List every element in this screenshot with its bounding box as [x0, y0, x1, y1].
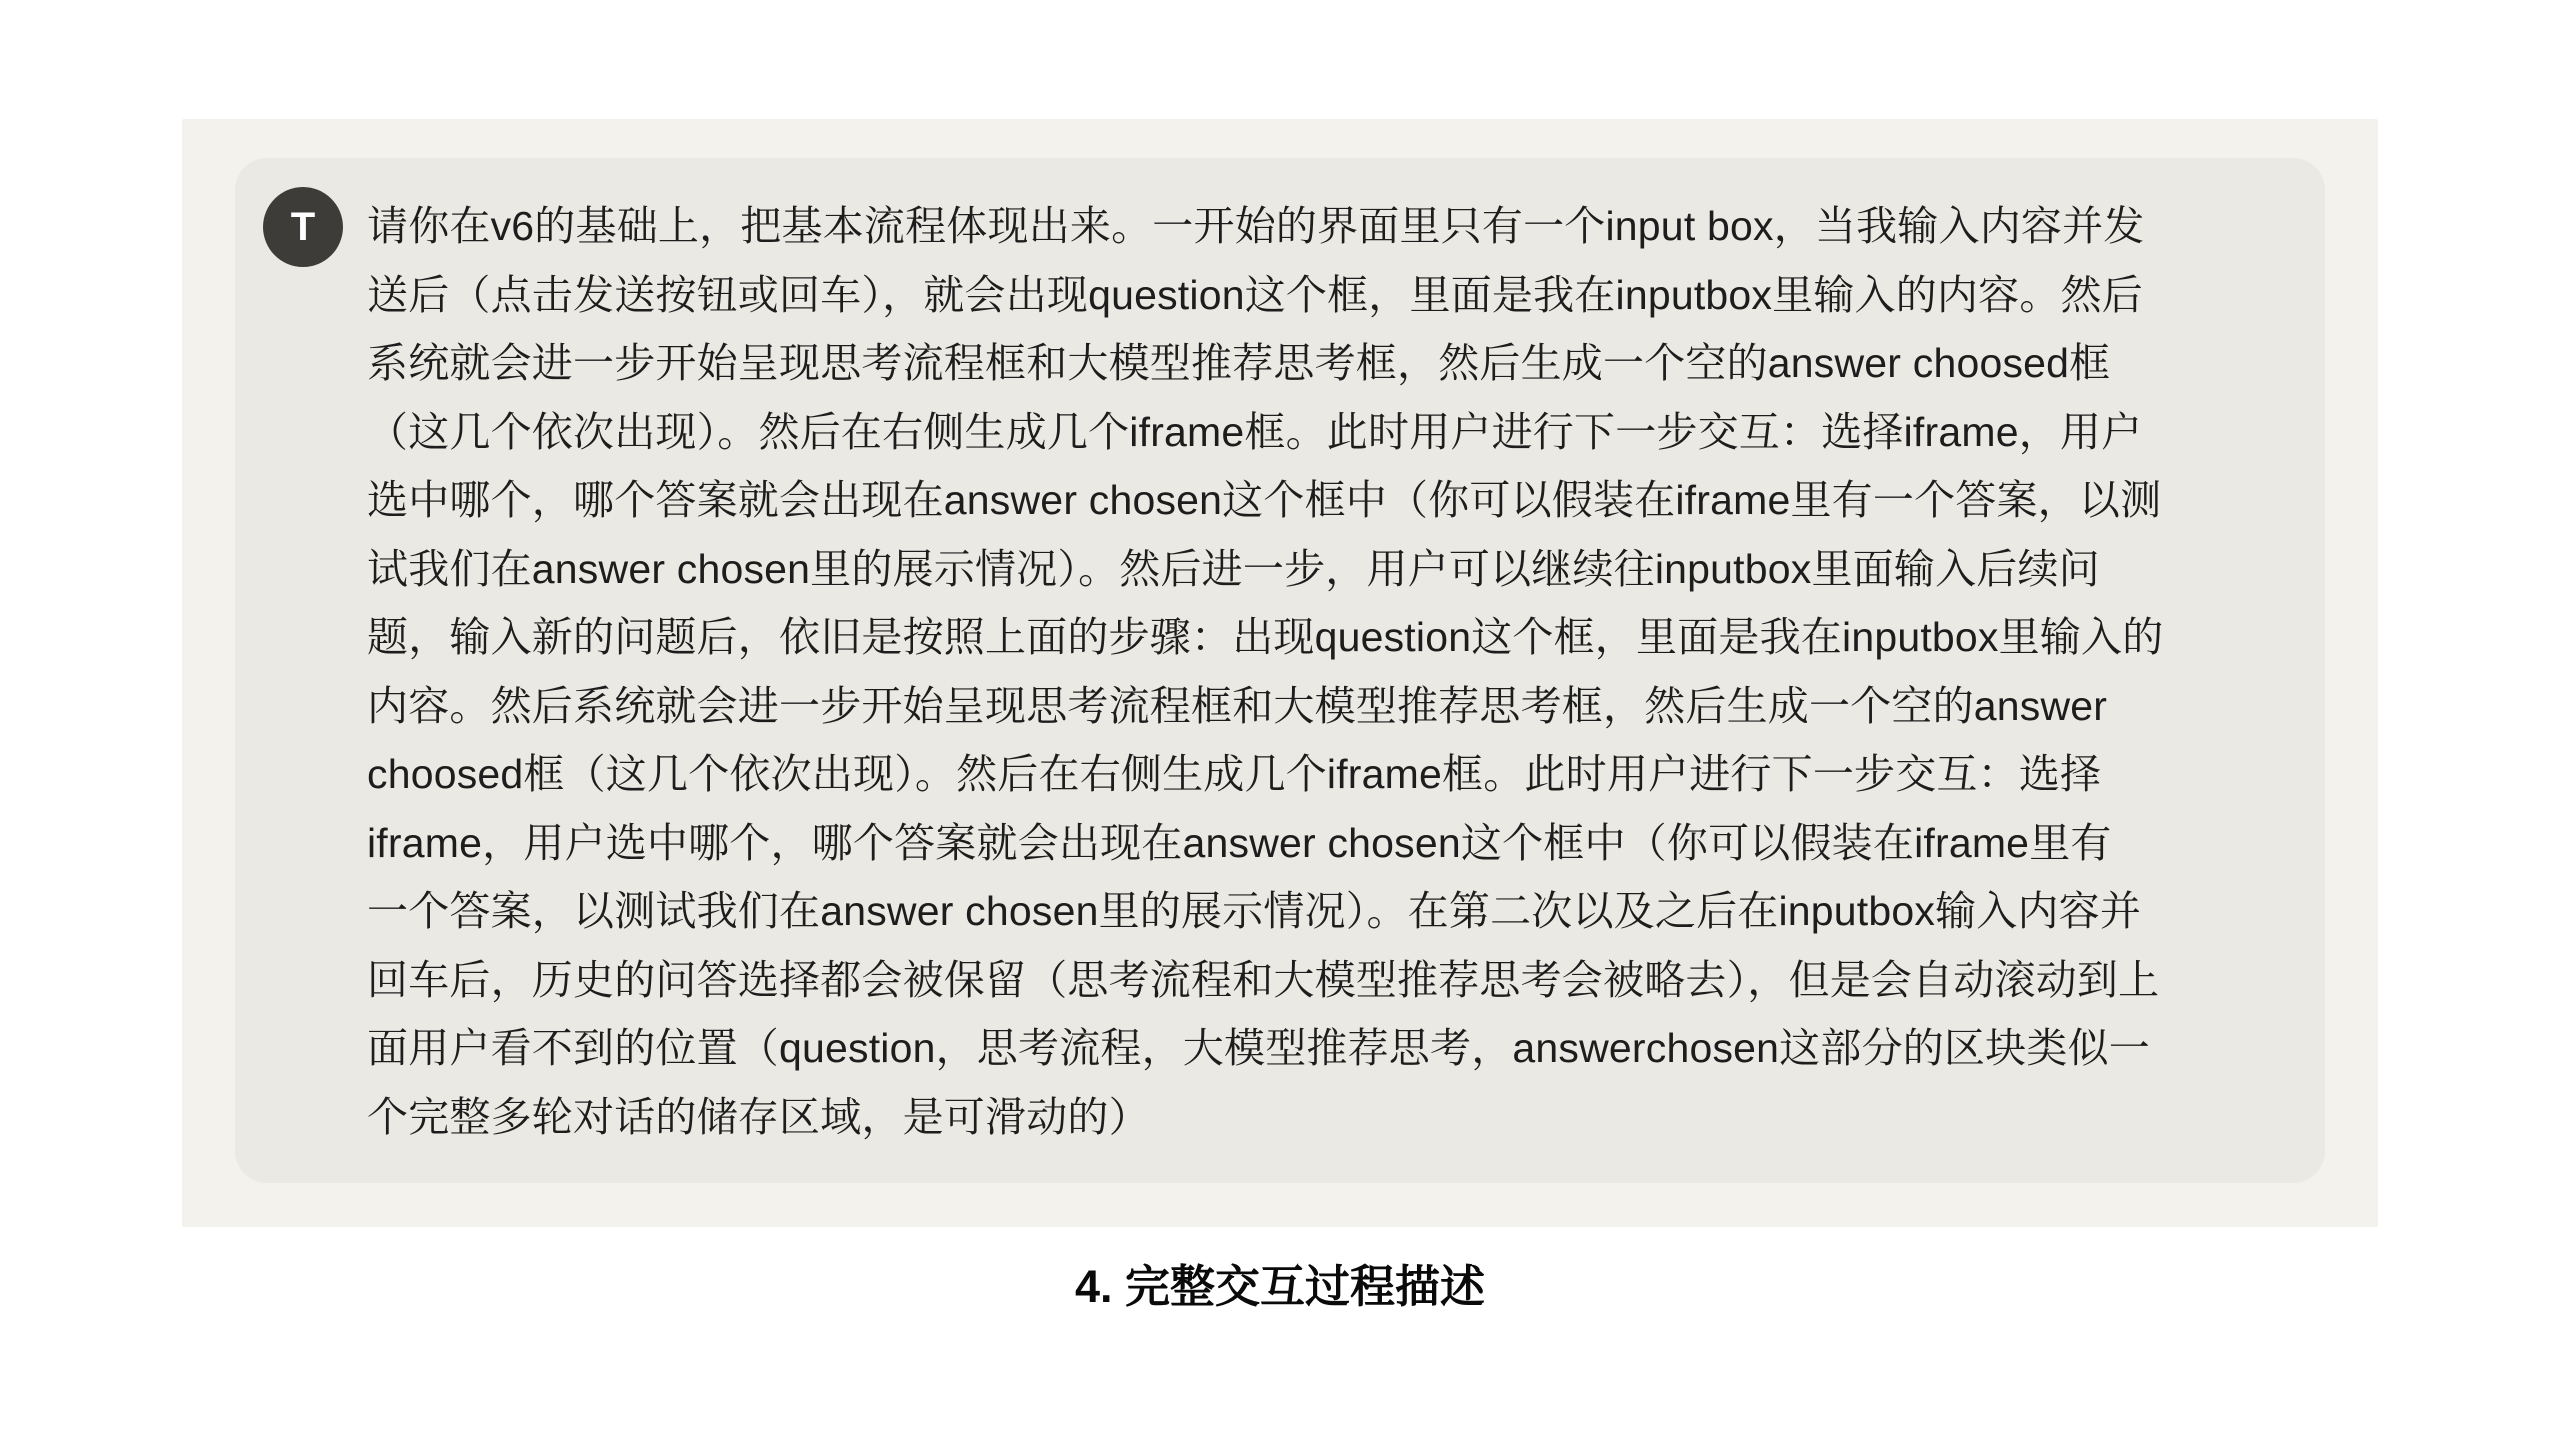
user-avatar-letter: T: [291, 207, 315, 247]
user-message-text: 请你在v6的基础上，把基本流程体现出来。一开始的界面里只有一个input box…: [367, 192, 2267, 1151]
page: T 请你在v6的基础上，把基本流程体现出来。一开始的界面里只有一个input b…: [0, 0, 2560, 1440]
figure-caption: 4. 完整交互过程描述: [0, 1262, 2560, 1312]
user-avatar: T: [263, 187, 343, 267]
user-message-bubble: T 请你在v6的基础上，把基本流程体现出来。一开始的界面里只有一个input b…: [235, 158, 2325, 1183]
screenshot-panel: T 请你在v6的基础上，把基本流程体现出来。一开始的界面里只有一个input b…: [182, 119, 2378, 1227]
